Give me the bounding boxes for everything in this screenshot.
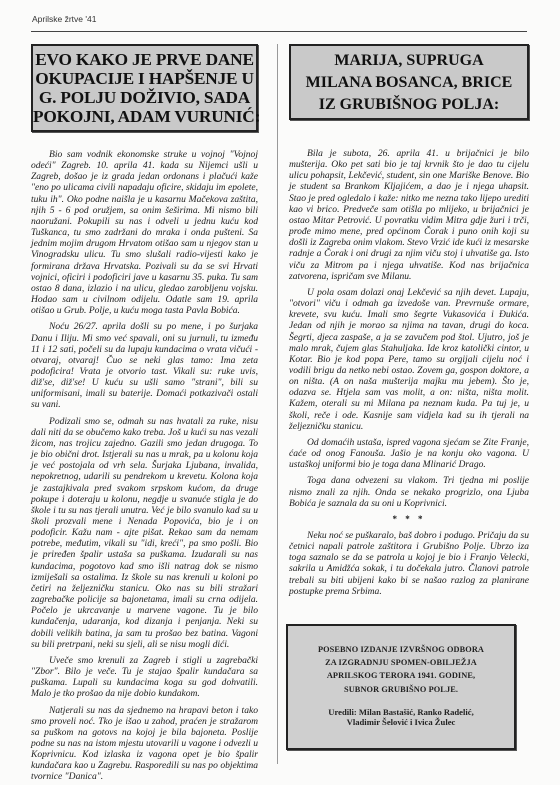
title-line: EVO KAKO JE PRVE DANE (33, 50, 256, 69)
editors-line: Uredili: Milan Bastašić, Ranko Radelić, (288, 707, 514, 718)
title-line: IZ GRUBIŠNOG POLJA: (291, 94, 527, 116)
imprint-box: POSEBNO IZDANJE IZVRŠNOG ODBORA ZA IZGRA… (286, 624, 516, 750)
title-line: OKUPACIJE I HAPŠENJE U (33, 69, 256, 88)
title-line: G. POLJU DOŽIVIO, SADA (33, 88, 256, 107)
paragraph: Natjerali su nas da sjednemo na hrapavi … (31, 705, 258, 783)
column-divider (277, 44, 278, 764)
left-article: EVO KAKO JE PRVE DANE OKUPACIJE I HAPŠEN… (31, 44, 258, 785)
imprint-editors: Uredili: Milan Bastašić, Ranko Radelić, … (288, 707, 514, 728)
right-article-title-box: MARIJA, SUPRUGA MILANA BOSANCA, BRICE IZ… (289, 44, 529, 120)
paragraph: Bio sam vodnik ekonomske struke u vojnoj… (31, 149, 258, 316)
title-line: MILANA BOSANCA, BRICE (291, 72, 527, 94)
paragraph: Bila je subota, 26. aprila 41. u brijačn… (289, 148, 529, 282)
imprint-title-line: POSEBNO IZDANJE IZVRŠNOG ODBORA (288, 643, 514, 656)
right-article-body: Bila je subota, 26. aprila 41. u brijačn… (289, 148, 529, 597)
paragraph: Uveče smo krenuli za Zagreb i stigli u z… (31, 655, 258, 700)
title-line: POKOJNI, ADAM VURUNIĆ: (33, 107, 256, 126)
paragraph: Toga dana odvezeni su vlakom. Tri tjedna… (289, 475, 529, 508)
editors-line: Vladimir Šelović i Ivica Žulec (288, 717, 514, 728)
title-line: MARIJA, SUPRUGA (291, 50, 527, 72)
running-head: Aprilske žrtve '41 (32, 14, 96, 24)
left-article-title-box: EVO KAKO JE PRVE DANE OKUPACIJE I HAPŠEN… (31, 44, 258, 132)
imprint-title: POSEBNO IZDANJE IZVRŠNOG ODBORA ZA IZGRA… (288, 643, 514, 696)
paragraph: Podizali smo se, odmah su nas hvatali za… (31, 416, 258, 650)
imprint-title-line: APRILSKOG TERORA 1941. GODINE, (288, 669, 514, 682)
paragraph: U pola osam dolazi onaj Lekčević sa njih… (289, 287, 529, 432)
paragraph: Noću 26/27. aprila došli su po mene, i p… (31, 321, 258, 410)
paragraph: Od domaćih ustaša, ispred vagona sjećam … (289, 437, 529, 470)
header-rule (31, 31, 527, 32)
right-article: MARIJA, SUPRUGA MILANA BOSANCA, BRICE IZ… (289, 44, 529, 602)
paragraph: Neku noć se puškaralo, baš dobro i podug… (289, 530, 529, 597)
imprint-title-line: SUBNOR GRUBIŠNO POLJE. (288, 683, 514, 696)
left-article-body: Bio sam vodnik ekonomske struke u vojnoj… (31, 149, 258, 783)
imprint-title-line: ZA IZGRADNJU SPOMEN-OBILJEŽJA (288, 656, 514, 669)
section-separator: * * * (289, 514, 529, 525)
